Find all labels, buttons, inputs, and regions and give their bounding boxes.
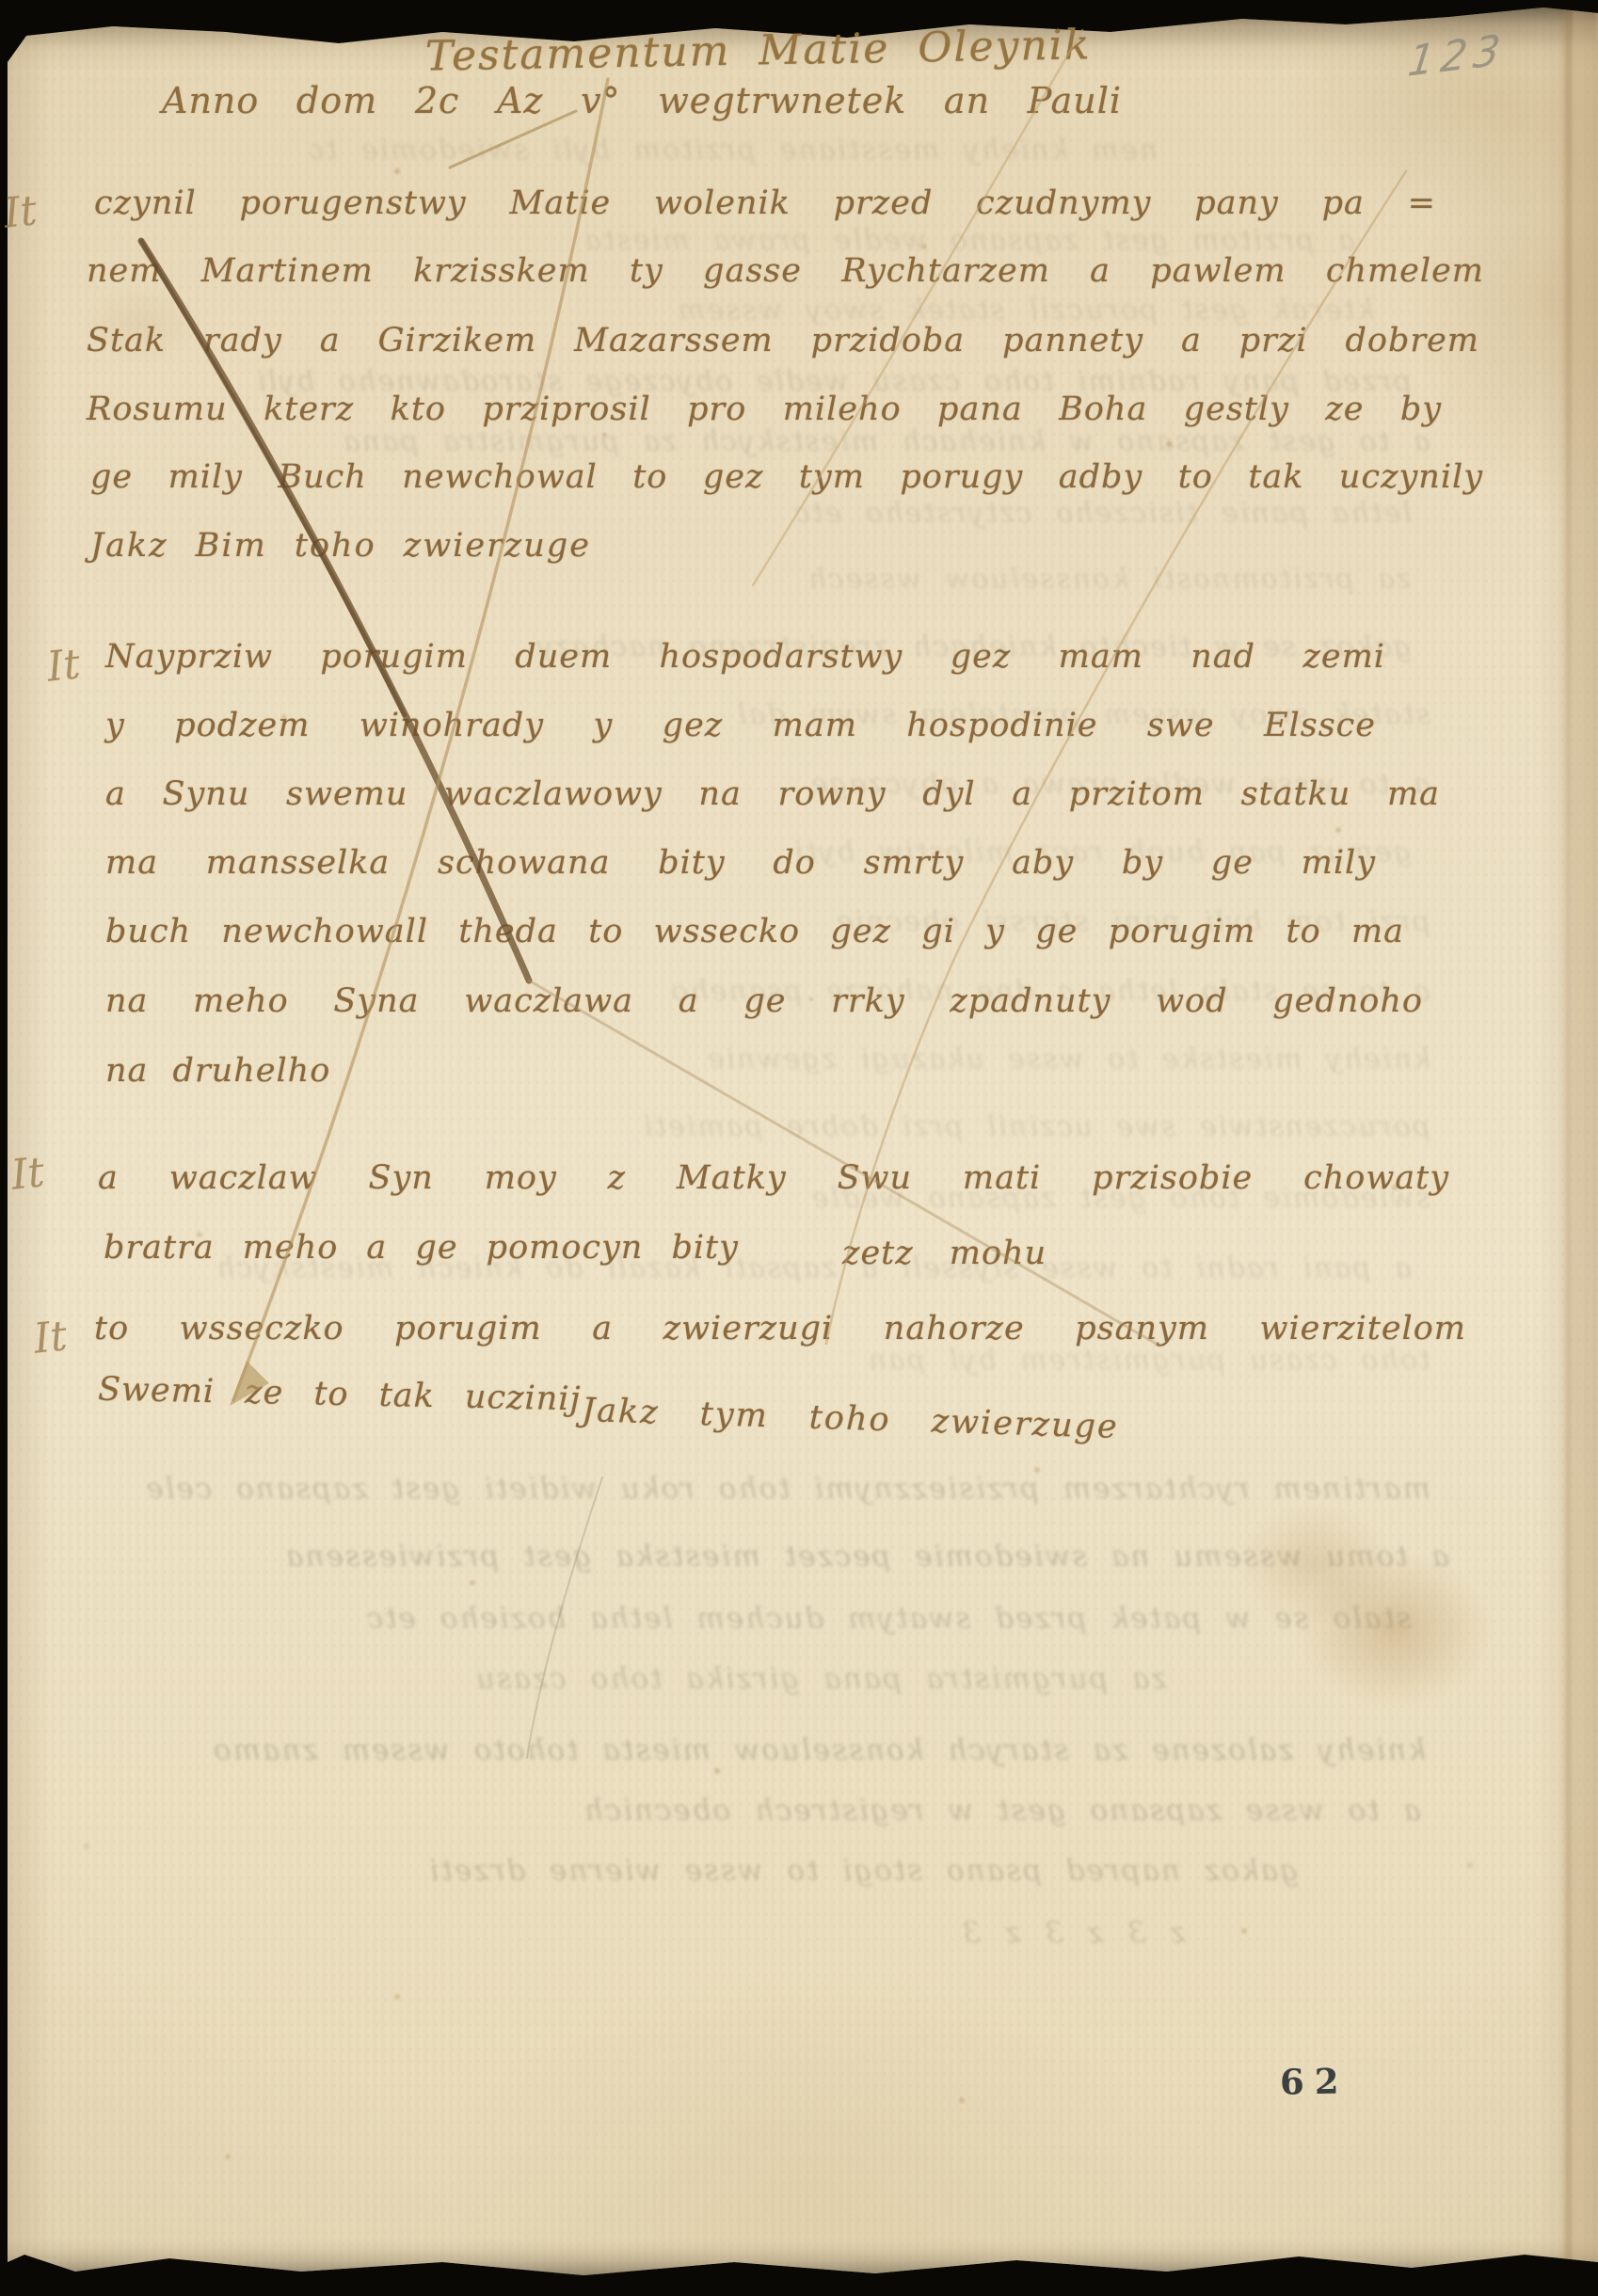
- dateline: Anno dom 2c Az v° wegtrwnetek an Pauli: [162, 81, 1122, 122]
- manuscript-line: czynil porugenstwy Matie wolenik przed c…: [94, 184, 1436, 222]
- manuscript-line: Stak rady a Girzikem Mazarssem przidoba …: [87, 322, 1479, 359]
- manuscript-line: nem Martinem krzisskem ty gasse Rychtarz…: [87, 252, 1484, 290]
- paragraph-mark: It: [31, 1312, 69, 1363]
- paragraph-mark: It: [1, 186, 39, 237]
- manuscript-line: zetz mohu: [842, 1235, 1047, 1272]
- manuscript-line: Jakz Bim toho zwierzuge: [90, 527, 591, 565]
- manuscript-line: ge mily Buch newchowal to gez tym porugy…: [90, 458, 1483, 496]
- manuscript-line: to wsseczko porugim a zwierzugi nahorze …: [94, 1310, 1466, 1347]
- manuscript-line: Rosumu kterz kto prziprosil pro mileho p…: [87, 391, 1442, 428]
- manuscript-scan: nem kniehy messtiane przitom byli swiedo…: [0, 0, 1598, 2296]
- page-title: Testamentum Matie Oleynik: [425, 23, 1029, 81]
- manuscript-line: na meho Syna waczlawa a ge rrky zpadnuty…: [105, 982, 1423, 1020]
- manuscript-line: buch newchowall theda to wssecko gez gi …: [105, 913, 1404, 950]
- manuscript-text-layer: Testamentum Matie Oleynik 123 Anno dom 2…: [0, 0, 1598, 2296]
- manuscript-line: Nayprziw porugim duem hospodarstwy gez m…: [105, 638, 1385, 676]
- manuscript-line: na druhelho: [105, 1052, 330, 1090]
- manuscript-line: Swemi ze to tak uczinij: [98, 1371, 582, 1419]
- manuscript-line: bratra meho a ge pomocyn bity: [104, 1229, 739, 1267]
- paragraph-mark: It: [8, 1148, 46, 1199]
- manuscript-line: Jakz tym toho zwierzuge: [582, 1392, 1120, 1446]
- paragraph-mark: It: [44, 640, 82, 691]
- manuscript-line: y podzem winohrady y gez mam hospodinie …: [105, 707, 1376, 744]
- manuscript-line: ma mansselka schowana bity do smrty aby …: [105, 844, 1376, 882]
- manuscript-line: a Synu swemu waczlawowy na rowny dyl a p…: [105, 775, 1440, 813]
- folio-number-pencil: 123: [1405, 25, 1510, 87]
- archive-stamp-number: 62: [1280, 2060, 1350, 2102]
- manuscript-line: a waczlaw Syn moy z Matky Swu mati przis…: [98, 1159, 1449, 1197]
